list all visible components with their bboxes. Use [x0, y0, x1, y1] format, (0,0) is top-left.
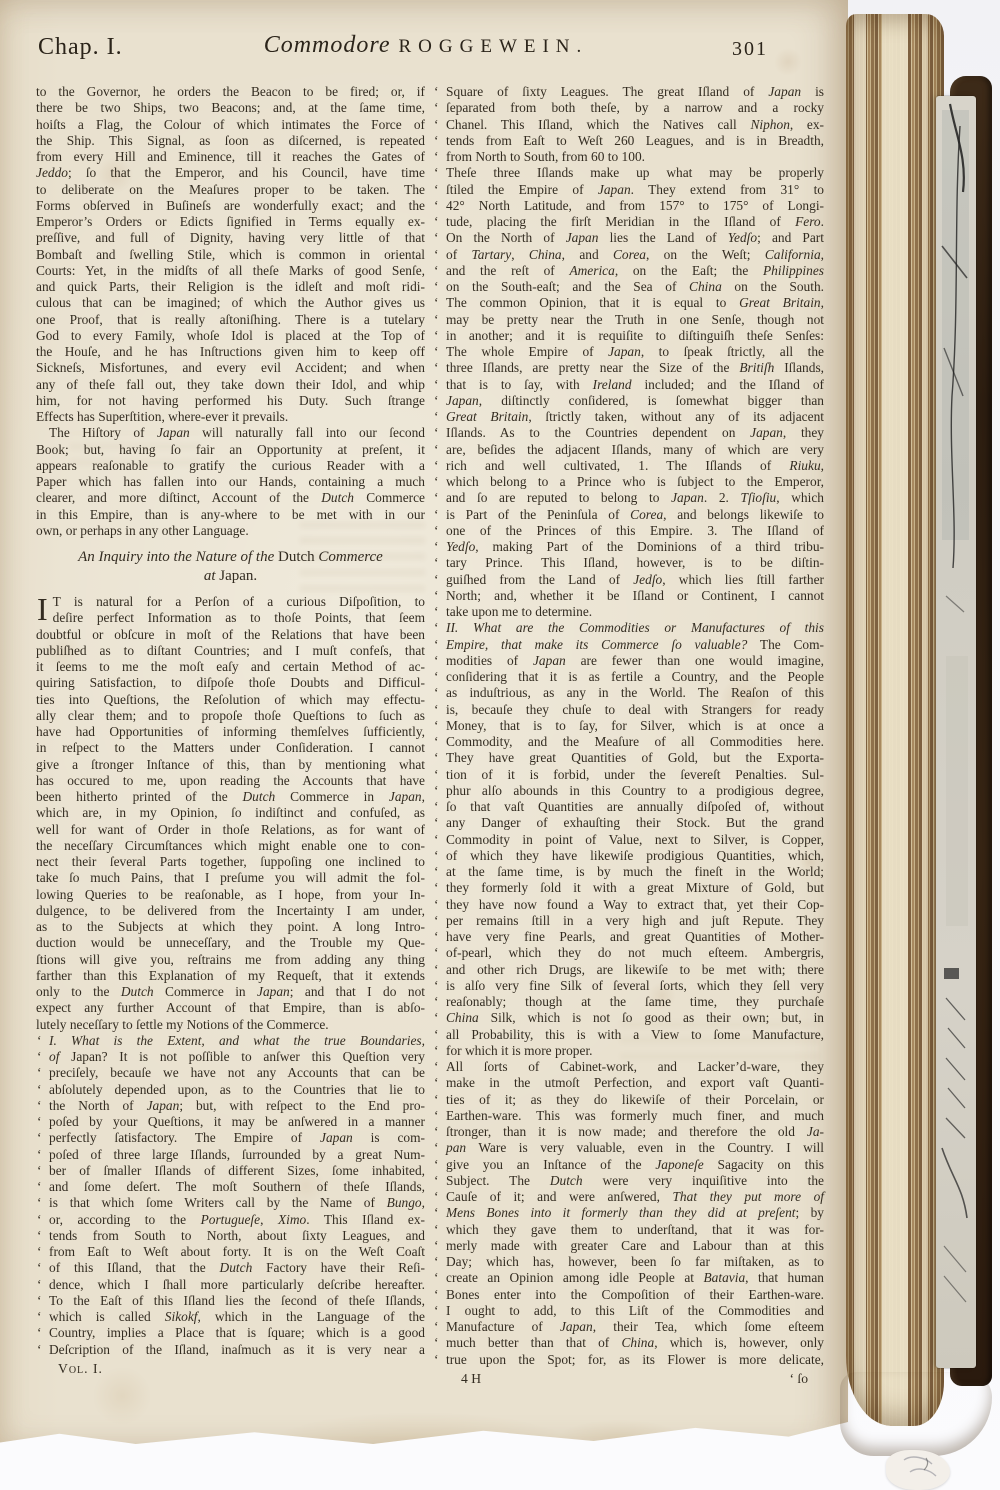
margin-quote-mark: ‘ [434, 1303, 438, 1319]
margin-quote-mark: ‘ [434, 1092, 438, 1108]
text-line: ‘ſeparated from both theſe, by a narrow … [433, 100, 824, 116]
margin-quote-mark: ‘ [434, 117, 438, 133]
text-line: ‘ſtronger, than it is now made; and ther… [433, 1124, 824, 1140]
margin-quote-mark: ‘ [434, 572, 438, 588]
margin-quote-mark: ‘ [37, 1163, 41, 1179]
scrap-marks [886, 1450, 950, 1490]
text-line: The Hiſtory of Japan will naturally fall… [36, 425, 425, 441]
margin-quote-mark: ‘ [434, 1352, 438, 1368]
text-line: ‘at the ſame time, is by much the fineſt… [433, 864, 824, 880]
text-line: IT is natural for a Perſon of a curious … [36, 594, 425, 610]
margin-quote-mark: ‘ [37, 1309, 41, 1325]
text-line: and quick Parts, their Religion is the i… [36, 279, 425, 295]
margin-quote-mark: ‘ [434, 1205, 438, 1221]
text-line: ‘To the Eaſt of this Iſland lies the ſec… [36, 1293, 425, 1309]
paper-scrap [886, 1450, 950, 1490]
text-line: to deliberate on the Meaſures proper to … [36, 182, 425, 198]
text-line: deſire perfect Information as to thoſe P… [36, 610, 425, 626]
text-line: ſtions will give you, reſtrains me from … [36, 952, 425, 968]
text-line: ‘as induſtrious, as any in the World. Th… [433, 685, 824, 701]
text-line: ‘The whole Empire of Japan, to ſpeak ſtr… [433, 344, 824, 360]
margin-quote-mark: ‘ [434, 588, 438, 604]
margin-quote-mark: ‘ [37, 1147, 41, 1163]
text-line: ‘abſolutely depended upon, as to the Cou… [36, 1082, 425, 1098]
margin-quote-mark: ‘ [37, 1114, 41, 1130]
signature-mark: 4 H [461, 1371, 481, 1387]
text-line: have had Opportunities of informing them… [36, 724, 425, 740]
text-line: at Japan. [36, 567, 425, 586]
margin-quote-mark: ‘ [434, 1319, 438, 1335]
text-line: quiring Satisfaction, to diſpoſe thoſe D… [36, 675, 425, 691]
margin-quote-mark: ‘ [434, 84, 438, 100]
photo-background: Chap. I. CommodoreROGGEWEIN. 301 to the … [0, 0, 1000, 1490]
text-line: Bombaſt and ſwelling Stile, which is com… [36, 247, 425, 263]
margin-quote-mark: ‘ [434, 978, 438, 994]
text-line: ‘perfectly ſatisfactory. The Empire of J… [36, 1130, 425, 1146]
text-line: well for want of Order in thoſe Relation… [36, 822, 425, 838]
paragraph: The Hiſtory of Japan will naturally fall… [36, 425, 425, 539]
text-line: appears reaſonable to gratify the curiou… [36, 458, 425, 474]
text-line: take ſo much Pains, that I preſume you w… [36, 870, 425, 886]
text-line: Paper which has fallen into our Hands, c… [36, 474, 425, 490]
margin-quote-mark: ‘ [37, 1277, 41, 1293]
margin-quote-mark: ‘ [434, 133, 438, 149]
margin-quote-mark: ‘ [37, 1293, 41, 1309]
section-heading: An Inquiry into the Nature of the Dutch … [36, 548, 425, 586]
margin-quote-mark: ‘ [434, 555, 438, 571]
text-line: been hitherto printed of the Dutch Comme… [36, 789, 425, 805]
text-line: Emperor’s Orders or Edicts ſignified in … [36, 214, 425, 230]
text-line: ‘All ſorts of Cabinet-work, and Lacker’d… [433, 1059, 824, 1075]
text-line: nect their ſeveral Parts together, ſuppo… [36, 854, 425, 870]
text-line: Courts: Yet, in the midſts of all theſe … [36, 263, 425, 279]
paragraph: ‘Theſe three Iſlands make up what may be… [433, 165, 824, 620]
paragraph: ‘II. What are the Commodities or Manufac… [433, 620, 824, 1059]
margin-quote-mark: ‘ [434, 425, 438, 441]
margin-quote-mark: ‘ [434, 1075, 438, 1091]
margin-quote-mark: ‘ [434, 1238, 438, 1254]
text-line: duction would be unneceſſary, and the Tr… [36, 935, 425, 951]
text-line: ‘Deſcription of the Iſland, inaſmuch as … [36, 1342, 425, 1358]
text-line: ties into Queſtions, the Reſolution of w… [36, 692, 425, 708]
text-line: ‘tends from Eaſt to Weſt 260 Leagues, an… [433, 133, 824, 149]
text-line: ‘of-pearl, which they do not much eſteem… [433, 945, 824, 961]
margin-quote-mark: ‘ [434, 848, 438, 864]
text-line: ‘II. What are the Commodities or Manufac… [433, 620, 824, 636]
margin-quote-mark: ‘ [434, 1157, 438, 1173]
text-line: there be two Ships, two Beacons; and, at… [36, 100, 425, 116]
text-line: ‘give you an Inſtance of the Japoneſe Sa… [433, 1157, 824, 1173]
text-line: ‘Subject. The Dutch were very inquiſitiv… [433, 1173, 824, 1189]
text-line: ‘rich and well cultivated, 1. The Iſland… [433, 458, 824, 474]
text-line: ‘conſidering that it is as fertile a Cou… [433, 669, 824, 685]
margin-quote-mark: ‘ [37, 1325, 41, 1341]
plate-engraving-marks [936, 96, 976, 1368]
text-line: him, for not having performed his Duty. … [36, 393, 425, 409]
text-line: ‘merly made with greater Care and Labour… [433, 1238, 824, 1254]
text-line: ‘I ought to add, to this Liſt of the Com… [433, 1303, 824, 1319]
margin-quote-mark: ‘ [434, 490, 438, 506]
margin-quote-mark: ‘ [434, 1254, 438, 1270]
text-line: ‘ber of ſmaller Iſlands of different Siz… [36, 1163, 425, 1179]
margin-quote-mark: ‘ [434, 377, 438, 393]
text-line: ‘Country, implies a Place that is ſquare… [36, 1325, 425, 1341]
margin-quote-mark: ‘ [434, 913, 438, 929]
margin-quote-mark: ‘ [434, 702, 438, 718]
margin-quote-mark: ‘ [434, 279, 438, 295]
text-line: own, or perhaps in any other Language. [36, 523, 425, 539]
text-line: ‘Manufacture of Japan, their Tea, which … [433, 1319, 824, 1335]
text-line: ‘Theſe three Iſlands make up what may be… [433, 165, 824, 181]
text-line: ‘of Tartary, China, and Corea, on the We… [433, 247, 824, 263]
text-line: lowing Queries to be reaſonable, as I ho… [36, 887, 425, 903]
text-line: ‘Commodity in point of Value, next to Si… [433, 832, 824, 848]
paragraph: ‘Square of ſixty Leagues. The great Iſla… [433, 84, 824, 165]
text-line: ‘true upon the Spot; for, as its Flower … [433, 1352, 824, 1368]
text-line: Forms obſerved in Buſineſs are wonderful… [36, 198, 425, 214]
text-line: hoiſts a Flag, the Colour of which intim… [36, 117, 425, 133]
margin-quote-mark: ‘ [434, 734, 438, 750]
text-line: ‘tary Prince. This Iſland, however, is t… [433, 555, 824, 571]
text-line: ‘Cauſe of it; and were anſwered, That th… [433, 1189, 824, 1205]
text-columns: to the Governor, he orders the Beacon to… [36, 84, 824, 1387]
margin-quote-mark: ‘ [434, 1059, 438, 1075]
text-line: ‘they formerly ſold it with a great Mixt… [433, 880, 824, 896]
text-line: ‘and other rich Drugs, are likewiſe to b… [433, 962, 824, 978]
text-line: ‘China Silk, which is not ſo good as the… [433, 1010, 824, 1026]
text-line: ‘make in the utmoſt Perfection, and expo… [433, 1075, 824, 1091]
text-line: ‘Japan, diſtinctly conſidered, is ſomewh… [433, 393, 824, 409]
page-header: Chap. I. CommodoreROGGEWEIN. 301 [36, 32, 836, 70]
text-line: ‘pan Ware is very valuable, even in the … [433, 1140, 824, 1156]
margin-quote-mark: ‘ [434, 198, 438, 214]
text-line: Effects has Superſtition, where-ever it … [36, 409, 425, 425]
text-line: only to the Dutch Commerce in Japan; and… [36, 984, 425, 1000]
margin-quote-mark: ‘ [434, 328, 438, 344]
text-line: ‘for which it is more proper. [433, 1043, 824, 1059]
text-line: ‘tion of it is forbid, under the ſevereſ… [433, 767, 824, 783]
text-line: ‘Bones enter into the Compoſition of the… [433, 1287, 824, 1303]
paragraph: IT is natural for a Perſon of a curious … [36, 594, 425, 1033]
text-line: preſſive, and full of Dignity, having ve… [36, 230, 425, 246]
text-line: ‘which they gave them to underſtand, tha… [433, 1222, 824, 1238]
text-line: ‘guiſhed from the Land of Jedſo, which l… [433, 572, 824, 588]
catchword: ‘ ſo [790, 1371, 809, 1387]
text-line: any of theſe fall out, they take down th… [36, 377, 425, 393]
margin-quote-mark: ‘ [434, 165, 438, 181]
margin-quote-mark: ‘ [434, 832, 438, 848]
text-line: publiſhed as to diſtant Countries; and I… [36, 643, 425, 659]
margin-quote-mark: ‘ [434, 344, 438, 360]
folded-plate-edge [936, 96, 976, 1368]
text-line: ‘preciſely, becauſe we have not any Acco… [36, 1065, 425, 1081]
text-line: ‘tends from South to North, about ſixty … [36, 1228, 425, 1244]
text-line: ‘is that which ſome Writers call by the … [36, 1195, 425, 1211]
text-line: ‘poſed by your Queſtions, it may be anſw… [36, 1114, 425, 1130]
margin-quote-mark: ‘ [434, 1043, 438, 1059]
text-line: ‘from Eaſt to Weſt about forty. It is on… [36, 1244, 425, 1260]
margin-quote-mark: ‘ [37, 1130, 41, 1146]
text-line: ‘three Iſlands, are pretty near the Size… [433, 360, 824, 376]
text-line: ‘is, becauſe they chuſe to deal with Str… [433, 702, 824, 718]
margin-quote-mark: ‘ [434, 507, 438, 523]
margin-quote-mark: ‘ [434, 523, 438, 539]
text-line: the Houſe, and he has Inſtructions given… [36, 344, 425, 360]
text-line: ‘per remains ſtill in a very high and ju… [433, 913, 824, 929]
text-line: ‘I. What is the Extent, and what the tru… [36, 1033, 425, 1049]
margin-quote-mark: ‘ [434, 685, 438, 701]
margin-quote-mark: ‘ [37, 1244, 41, 1260]
margin-quote-mark: ‘ [434, 149, 438, 165]
text-line: ‘Commodity, and the Meaſure of all Commo… [433, 734, 824, 750]
margin-quote-mark: ‘ [434, 312, 438, 328]
text-line: ‘that is to ſay, with Ireland included; … [433, 377, 824, 393]
paragraph: to the Governor, he orders the Beacon to… [36, 84, 425, 425]
text-line: ‘of which they have likewiſe prodigious … [433, 848, 824, 864]
margin-quote-mark: ‘ [434, 1335, 438, 1351]
text-line: ‘reaſonably; though at the ſame time, th… [433, 994, 824, 1010]
text-line: as to the Subjects at which they point. … [36, 919, 425, 935]
text-line: expect any further Account of that Empir… [36, 1000, 425, 1016]
text-line: Sickneſs, Misfortunes, and every evil Ac… [36, 360, 425, 376]
text-line: to the Governor, he orders the Beacon to… [36, 84, 425, 100]
text-line: ‘Iſlands. As to the Countries dependent … [433, 425, 824, 441]
margin-quote-mark: ‘ [434, 767, 438, 783]
text-line: ‘or, according to the Portugueſe, Ximo. … [36, 1212, 425, 1228]
margin-quote-mark: ‘ [434, 880, 438, 896]
margin-quote-mark: ‘ [434, 247, 438, 263]
text-line: ‘in another; and it is requiſite to diſt… [433, 328, 824, 344]
margin-quote-mark: ‘ [37, 1179, 41, 1195]
text-line: ‘modities of Japan are fewer than one wo… [433, 653, 824, 669]
text-line: ‘Mens Bones into it formerly than they d… [433, 1205, 824, 1221]
margin-quote-mark: ‘ [434, 620, 438, 636]
text-line: ‘and ſome deſert. The moſt Southern of t… [36, 1179, 425, 1195]
margin-quote-mark: ‘ [37, 1098, 41, 1114]
text-line: ‘ſo that vaſt Quantities are annually di… [433, 799, 824, 815]
margin-quote-mark: ‘ [434, 864, 438, 880]
margin-quote-mark: ‘ [434, 994, 438, 1010]
text-line: ‘on the South-eaſt; and the Sea of China… [433, 279, 824, 295]
text-line: doubtful or obſcure in moſt of the Relat… [36, 627, 425, 643]
chapter-label: Chap. I. [38, 34, 123, 61]
margin-quote-mark: ‘ [434, 718, 438, 734]
margin-quote-mark: ‘ [37, 1228, 41, 1244]
margin-quote-mark: ‘ [434, 1010, 438, 1026]
text-line: ‘Day; which has, however, been ſo far mi… [433, 1254, 824, 1270]
margin-quote-mark: ‘ [434, 458, 438, 474]
running-title-caps: ROGGEWEIN. [399, 36, 589, 57]
margin-quote-mark: ‘ [434, 409, 438, 425]
text-line: Book; but, having ſo fair an Opportunity… [36, 442, 425, 458]
text-line: one Proof, that is really aſtoniſhing. T… [36, 312, 425, 328]
margin-quote-mark: ‘ [434, 783, 438, 799]
text-line: ‘and the reſt of America, on the Eaſt; t… [433, 263, 824, 279]
margin-quote-mark: ‘ [37, 1195, 41, 1211]
margin-quote-mark: ‘ [434, 442, 438, 458]
text-line: clearer, and more diſtinct, Account of t… [36, 490, 425, 506]
text-line: ‘is alſo very fine Silk of ſeveral ſorts… [433, 978, 824, 994]
margin-quote-mark: ‘ [37, 1342, 41, 1358]
margin-quote-mark: ‘ [434, 669, 438, 685]
text-line: ‘of this Iſland, that the Dutch Factory … [36, 1260, 425, 1276]
text-line: ‘they have now found a Way to extract th… [433, 897, 824, 913]
text-line: ‘any Danger of exhauſting their Stock. B… [433, 815, 824, 831]
text-line: ‘create an Opinion among idle People at … [433, 1270, 824, 1286]
text-line: ‘Yedſo, making Part of the Dominions of … [433, 539, 824, 555]
paragraph: ‘I. What is the Extent, and what the tru… [36, 1033, 425, 1358]
text-line: ‘phur alſo abounds in this Country to a … [433, 783, 824, 799]
text-line: ‘dence, which I ſhall more particularly … [36, 1277, 425, 1293]
text-line: ‘is Part of the Peninſula of Corea, and … [433, 507, 824, 523]
text-line: ‘one of the Princes of this Empire. 3. T… [433, 523, 824, 539]
text-line: ‘all Probability, this is with a View to… [433, 1027, 824, 1043]
margin-quote-mark: ‘ [37, 1065, 41, 1081]
margin-quote-mark: ‘ [434, 1222, 438, 1238]
margin-quote-mark: ‘ [37, 1212, 41, 1228]
text-line: give a ſtronger Inſtance of this, than b… [36, 757, 425, 773]
margin-quote-mark: ‘ [434, 653, 438, 669]
text-line: God to every Family, whoſe Idol is place… [36, 328, 425, 344]
text-line: ally clear them; and to propoſe thoſe Qu… [36, 708, 425, 724]
text-line: ‘may be pretty near the Truth in one Sen… [433, 312, 824, 328]
text-line: ‘from North to South, from 60 to 100. [433, 149, 824, 165]
margin-quote-mark: ‘ [434, 962, 438, 978]
running-title: CommodoreROGGEWEIN. [236, 32, 616, 59]
paragraph: ‘All ſorts of Cabinet-work, and Lacker’d… [433, 1059, 824, 1368]
margin-quote-mark: ‘ [434, 474, 438, 490]
text-line: which are, in my Opinion, ſo indiſtinct … [36, 805, 425, 821]
margin-quote-mark: ‘ [434, 1270, 438, 1286]
margin-quote-mark: ‘ [434, 1287, 438, 1303]
text-line: ‘Money, that is to ſay, for Silver, whic… [433, 718, 824, 734]
text-line: ‘The common Opinion, that it is equal to… [433, 295, 824, 311]
margin-quote-mark: ‘ [434, 637, 438, 653]
margin-quote-mark: ‘ [434, 799, 438, 815]
text-line: the neceſſary Circumſtances which might … [36, 838, 425, 854]
margin-quote-mark: ‘ [434, 604, 438, 620]
text-line: ‘have very fine Pearls, and great Quanti… [433, 929, 824, 945]
text-line: it ſeems to me the moſt eaſy and certain… [36, 659, 425, 675]
volume-footer: Vol. I. [36, 1361, 425, 1377]
margin-quote-mark: ‘ [434, 393, 438, 409]
margin-quote-mark: ‘ [37, 1082, 41, 1098]
margin-quote-mark: ‘ [434, 1140, 438, 1156]
margin-quote-mark: ‘ [434, 100, 438, 116]
margin-quote-mark: ‘ [434, 945, 438, 961]
left-text-column: to the Governor, he orders the Beacon to… [36, 84, 425, 1387]
text-line: dulgence, to be delivered from the Incer… [36, 903, 425, 919]
margin-quote-mark: ‘ [434, 897, 438, 913]
margin-quote-mark: ‘ [434, 1124, 438, 1140]
margin-quote-mark: ‘ [434, 539, 438, 555]
right-text-column: ‘Square of ſixty Leagues. The great Iſla… [433, 84, 824, 1387]
text-line: ‘Chanel. This Iſland, which the Natives … [433, 117, 824, 133]
margin-quote-mark: ‘ [434, 929, 438, 945]
margin-quote-mark: ‘ [37, 1049, 41, 1065]
column-gutter [425, 84, 433, 1387]
text-line: ‘of Japan? It is not poſſible to anſwer … [36, 1049, 425, 1065]
text-line: from every Hill and Eminence, till it re… [36, 149, 425, 165]
margin-quote-mark: ‘ [434, 1108, 438, 1124]
margin-quote-mark: ‘ [434, 263, 438, 279]
margin-quote-mark: ‘ [37, 1033, 41, 1049]
book-page: Chap. I. CommodoreROGGEWEIN. 301 to the … [0, 0, 848, 1460]
page-number: 301 [732, 38, 768, 61]
margin-quote-mark: ‘ [434, 182, 438, 198]
text-line: ‘tude, placing the firſt Meridian in the… [433, 214, 824, 230]
text-line: ‘which is called Sikokf, which in the La… [36, 1309, 425, 1325]
text-line: culous that can be imagined; of which th… [36, 295, 425, 311]
margin-quote-mark: ‘ [434, 1027, 438, 1043]
text-line: ‘They have great Quantities of Gold, but… [433, 750, 824, 766]
column-footer-row: 4 H‘ ſo [433, 1368, 824, 1387]
text-line: ‘North; and, whether it be Iſland or Con… [433, 588, 824, 604]
margin-quote-mark: ‘ [434, 1173, 438, 1189]
text-line: has occured to me, upon reading the Acco… [36, 773, 425, 789]
text-line: ‘42° North Latitude, and from 157° to 17… [433, 198, 824, 214]
margin-quote-mark: ‘ [434, 295, 438, 311]
text-line: ‘much better than that of China, which i… [433, 1335, 824, 1351]
text-line: in this Empire, than is any-where to be … [36, 507, 425, 523]
text-line: ‘are, beſides the adjacent Iſlands, many… [433, 442, 824, 458]
text-line: lutely neceſſary to ſettle my Notions of… [36, 1017, 425, 1033]
text-line: farther than this Explanation of my Requ… [36, 968, 425, 984]
text-line: ‘Square of ſixty Leagues. The great Iſla… [433, 84, 824, 100]
margin-quote-mark: ‘ [434, 214, 438, 230]
text-line: ‘Empire, that make its Commerce ſo valua… [433, 637, 824, 653]
margin-quote-mark: ‘ [434, 360, 438, 376]
text-line: the Ship. This Signal, as ſoon as diſcer… [36, 133, 425, 149]
running-title-italic: Commodore [264, 32, 391, 58]
margin-quote-mark: ‘ [434, 1189, 438, 1205]
text-line: ‘poſed of three large Iſlands, ſurrounde… [36, 1147, 425, 1163]
text-line: ‘and ſo are reputed to belong to Japan. … [433, 490, 824, 506]
margin-quote-mark: ‘ [37, 1260, 41, 1276]
margin-quote-mark: ‘ [434, 230, 438, 246]
margin-quote-mark: ‘ [434, 750, 438, 766]
book-fore-edge [846, 14, 944, 1426]
text-line: in reſpect to the Matters under Conſider… [36, 740, 425, 756]
text-line: ‘On the North of Japan lies the Land of … [433, 230, 824, 246]
text-line: ‘take upon me to determine. [433, 604, 824, 620]
text-line: ‘Great Britain, ſtrictly taken, without … [433, 409, 824, 425]
text-line: ‘the North of Japan; but, with reſpect t… [36, 1098, 425, 1114]
text-line: ‘ſtiled the Empire of Japan. They extend… [433, 182, 824, 198]
text-line: An Inquiry into the Nature of the Dutch … [36, 548, 425, 567]
text-line: ‘Earthen-ware. This was formerly much fi… [433, 1108, 824, 1124]
text-line: ‘which belong to a Prince who is ſubject… [433, 474, 824, 490]
text-line: Jeddo; ſo that the Emperor, and his Coun… [36, 165, 425, 181]
margin-quote-mark: ‘ [434, 815, 438, 831]
text-line: ‘ties of it; as they do likewiſe of thei… [433, 1092, 824, 1108]
